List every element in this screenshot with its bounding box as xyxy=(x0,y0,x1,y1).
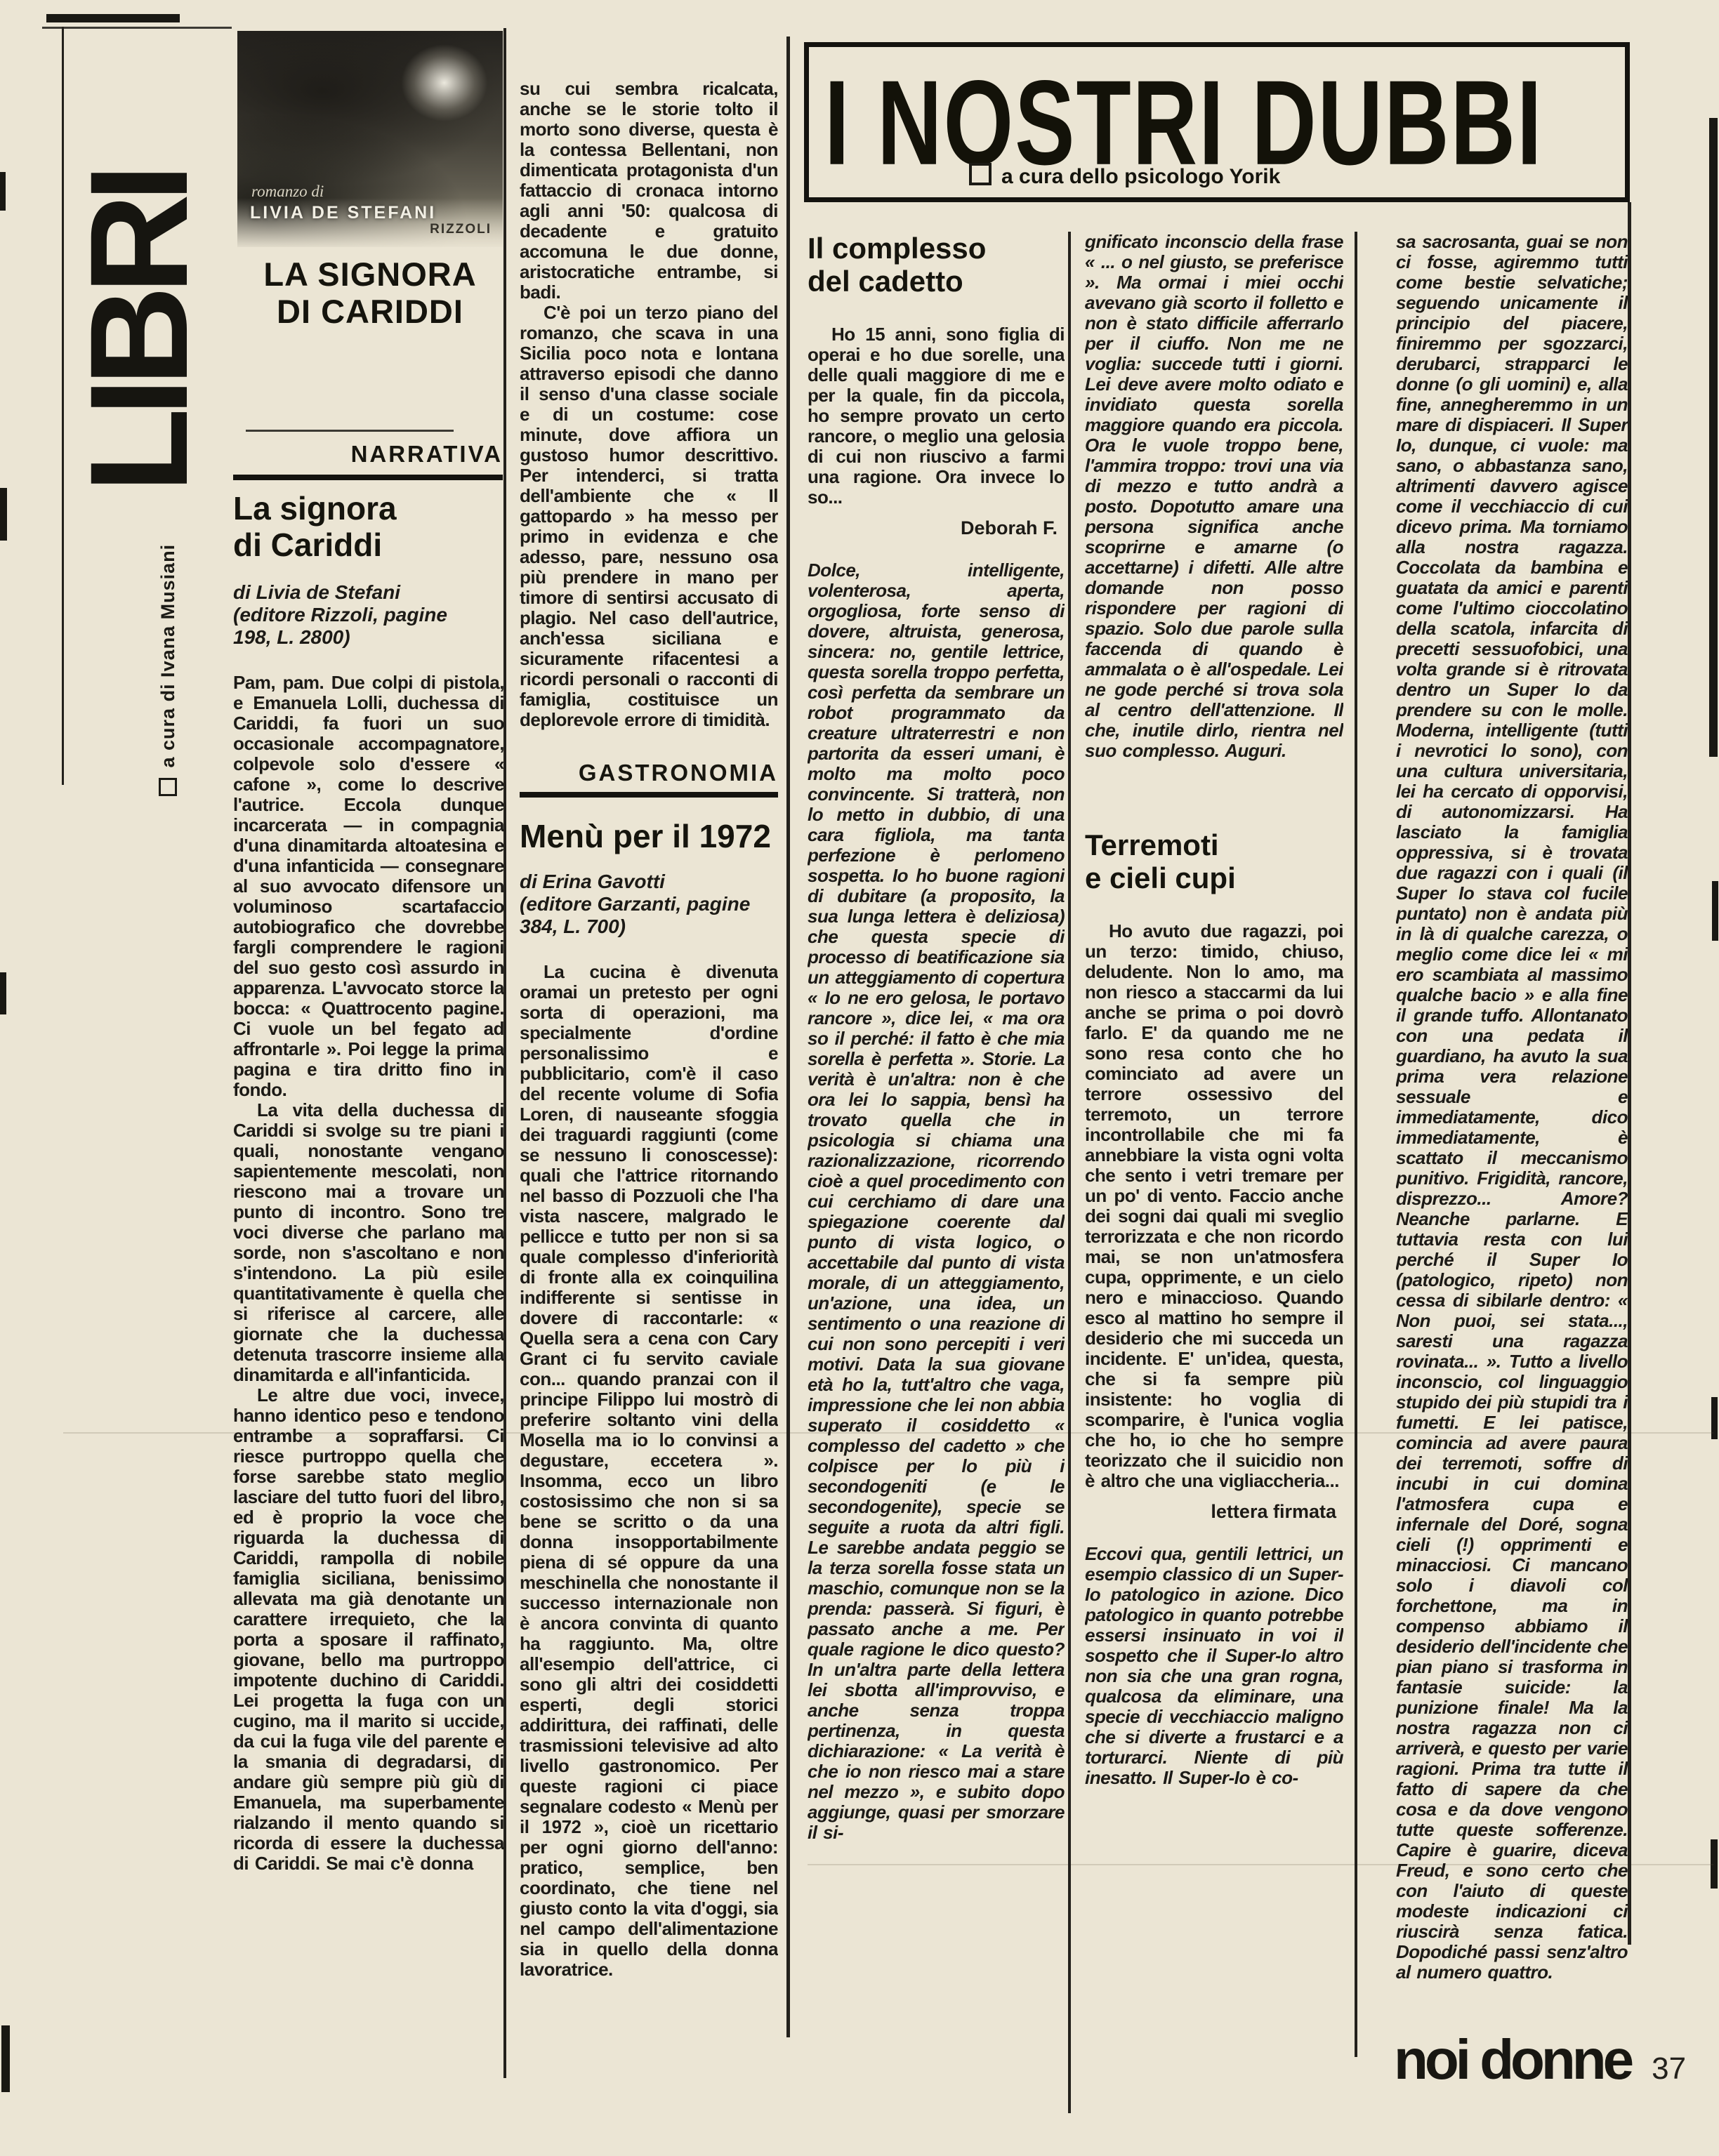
magazine-page: LIBRI a cura di Ivana Musiani romanzo di… xyxy=(0,0,1719,2156)
checkbox-icon xyxy=(969,163,992,185)
letter-title-terremoti: Terremoti e cieli cupi xyxy=(1085,828,1343,894)
libri-section-label: LIBRI xyxy=(51,29,228,493)
section-right-rule xyxy=(1628,202,1631,1945)
reader-letter: Ho 15 anni, sono figlia di operai e ho d… xyxy=(808,324,1065,508)
column-dubbi-3: sa sacrosanta, guai se non ci fosse, agi… xyxy=(1396,232,1628,1981)
review-title: La signora di Cariddi xyxy=(233,490,504,563)
reader-letter: Ho avuto due ragazzi, poi un terzo: timi… xyxy=(1085,921,1343,1491)
credit-line: 198, L. 2800) xyxy=(233,626,504,649)
scan-artifact xyxy=(0,972,6,1014)
libri-byline: a cura di Ivana Musiani xyxy=(157,449,190,800)
cover-caption-line1: LA SIGNORA xyxy=(237,256,503,293)
review-title-line1: La signora xyxy=(233,490,504,527)
menu-review-title: Menù per il 1972 xyxy=(520,819,778,854)
review-paragraph: C'è poi un terzo piano del romanzo, che … xyxy=(520,303,778,730)
review-credit: di Livia de Stefani (editore Rizzoli, pa… xyxy=(233,581,504,649)
gastronomia-rule xyxy=(520,792,778,798)
narrativa-section-label: NARRATIVA xyxy=(233,441,503,468)
cover-caption-line2: DI CARIDDI xyxy=(237,293,503,330)
scan-artifact xyxy=(0,488,7,541)
letter-title-line1: Il complesso xyxy=(808,232,1065,265)
reply-paragraph-continued: gnificato inconscio della frase « ... o … xyxy=(1085,232,1343,761)
scan-artifact xyxy=(46,14,180,22)
reply-paragraph-continued: sa sacrosanta, guai se non ci fosse, agi… xyxy=(1396,232,1628,1981)
review-paragraph: La vita della duchessa di Cariddi si svo… xyxy=(233,1100,504,1385)
caption-separator xyxy=(246,430,454,432)
magazine-footer: noi donne 37 xyxy=(1394,2028,1710,2092)
cover-publisher: RIZZOLI xyxy=(430,222,492,237)
column-dubbi-2: gnificato inconscio della frase « ... o … xyxy=(1085,232,1343,2091)
column-divider xyxy=(786,37,790,2037)
dubbi-byline: a cura dello psicologo Yorik xyxy=(969,163,1280,189)
reply-paragraph: Dolce, intelligente, volenterosa, aperta… xyxy=(808,560,1065,1843)
review-title-line2: di Cariddi xyxy=(233,527,504,563)
review-paragraph-continued: su cui sembra ricalcata, anche se le sto… xyxy=(520,79,778,303)
credit-line: (editore Rizzoli, pagine xyxy=(233,604,504,626)
book-cover-image: romanzo di LIVIA DE STEFANI RIZZOLI xyxy=(237,31,503,247)
letter-signature: lettera firmata xyxy=(1085,1501,1336,1523)
letter-title-line2: e cieli cupi xyxy=(1085,861,1343,894)
column-divider xyxy=(1355,232,1357,2057)
column-narrativa: La signora di Cariddi di Livia de Stefan… xyxy=(233,490,504,1938)
page-number: 37 xyxy=(1652,2051,1686,2086)
letter-title-cadetto: Il complesso del cadetto xyxy=(808,232,1065,298)
credit-line: di Erina Gavotti xyxy=(520,871,778,893)
magazine-logo: noi donne xyxy=(1394,2028,1631,2092)
dubbi-byline-text: a cura dello psicologo Yorik xyxy=(1001,165,1280,188)
review-paragraph: La cucina è divenuta oramai un pretesto … xyxy=(520,962,778,1978)
narrativa-rule xyxy=(233,475,503,480)
menu-review-credit: di Erina Gavotti (editore Garzanti, pagi… xyxy=(520,871,778,938)
credit-line: (editore Garzanti, pagine xyxy=(520,893,778,915)
letter-title-line2: del cadetto xyxy=(808,265,1065,298)
top-rule xyxy=(42,27,232,29)
dubbi-header-box: I NOSTRI DUBBI a cura dello psicologo Yo… xyxy=(804,42,1630,202)
column-divider xyxy=(1068,232,1071,2113)
letter-title-line1: Terremoti xyxy=(1085,828,1343,861)
review-paragraph: Pam, pam. Due colpi di pistola, e Emanue… xyxy=(233,673,504,1100)
reply-paragraph: Eccovi qua, gentili lettrici, un esempio… xyxy=(1085,1544,1343,1788)
book-cover-caption: LA SIGNORA DI CARIDDI xyxy=(237,256,503,330)
credit-line: di Livia de Stefani xyxy=(233,581,504,604)
letter-signature: Deborah F. xyxy=(808,517,1058,539)
cover-author: LIVIA DE STEFANI xyxy=(250,203,436,223)
scan-artifact xyxy=(1712,881,1718,941)
cover-kicker: romanzo di xyxy=(251,183,324,201)
column-gastronomia: su cui sembra ricalcata, anche se le sto… xyxy=(520,79,778,1978)
libri-label-text: LIBRI xyxy=(61,172,216,493)
scan-artifact xyxy=(1709,118,1718,757)
libri-byline-text: a cura di Ivana Musiani xyxy=(157,544,178,768)
review-paragraph: Le altre due voci, invece, hanno identic… xyxy=(233,1385,504,1874)
gastronomia-section-label: GASTRONOMIA xyxy=(520,760,778,786)
scan-artifact xyxy=(0,172,6,211)
scan-artifact xyxy=(1,2025,10,2092)
column-dubbi-1: Il complesso del cadetto Ho 15 anni, son… xyxy=(808,232,1065,2091)
checkbox-icon xyxy=(159,778,177,796)
credit-line: 384, L. 700) xyxy=(520,915,778,938)
